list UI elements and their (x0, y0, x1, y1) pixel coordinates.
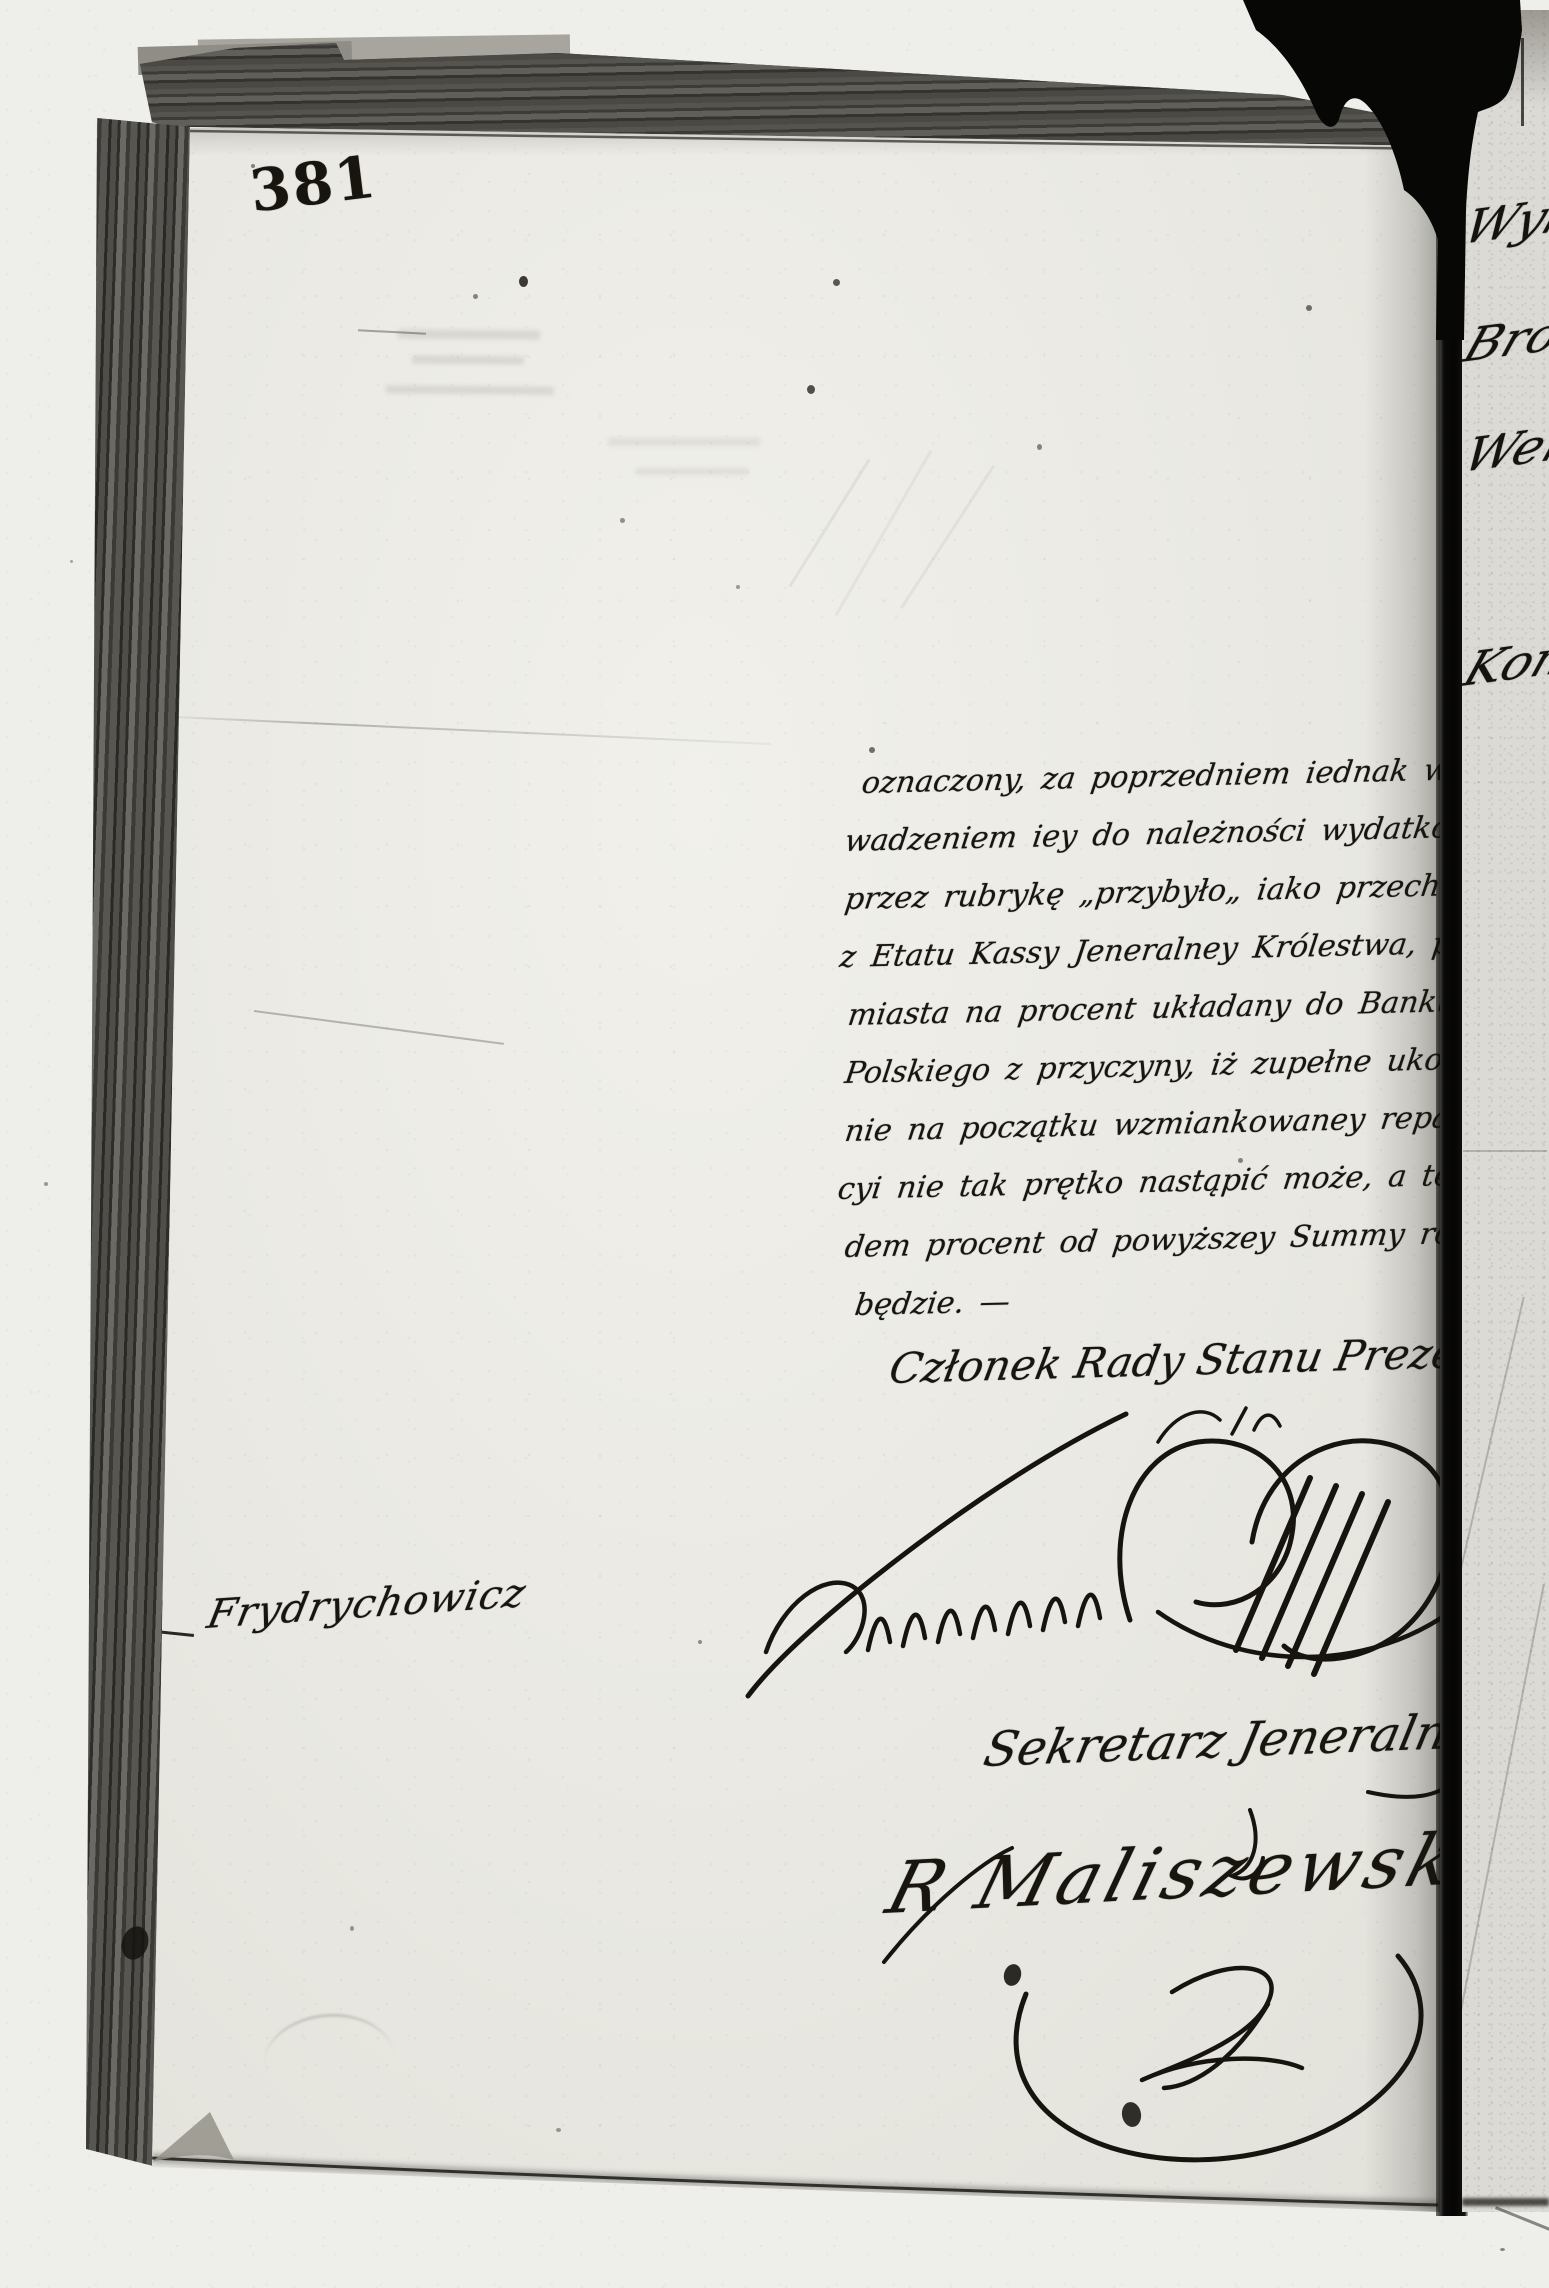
folio-number: 381 (246, 143, 380, 226)
paper-scratch (1462, 1297, 1525, 1668)
bleedthrough-mark (398, 329, 540, 339)
ink-speck (350, 1926, 354, 1931)
adjacent-page-word: Wyk (1462, 186, 1549, 256)
corner-fold (152, 2112, 234, 2162)
bleedthrough-mark (608, 438, 760, 446)
margin-signature: Frydrychowicz (203, 1570, 530, 1638)
page-bottom-edge-line (152, 2158, 1438, 2205)
paper-scratch (1521, 38, 1524, 126)
prezes-signature-scrawl (766, 1583, 865, 1652)
bleedthrough-mark (412, 356, 524, 365)
paper-scratch (1462, 1584, 1545, 2046)
prezes-signature-scrawl (868, 1595, 1100, 1650)
paper-scratch (254, 1010, 504, 1045)
signature-flourishes (0, 0, 1549, 2288)
ink-speck (519, 276, 528, 287)
ink-blot (1120, 2101, 1143, 2129)
bleedthrough-mark (636, 468, 748, 475)
ink-speck (869, 747, 875, 753)
scuff-mark (788, 459, 870, 588)
ink-speck (620, 518, 625, 523)
bleedthrough-arc (260, 2008, 394, 2066)
backdrop-speck (44, 1182, 48, 1186)
prezes-signature-scrawl (748, 1414, 1126, 1696)
ink-blot (1001, 1962, 1023, 1988)
ink-speck (251, 164, 255, 168)
backdrop-speck (1500, 2248, 1505, 2251)
page-bottom-edge-shadow (152, 2158, 1438, 2205)
backdrop-speck (70, 560, 73, 563)
adjacent-page-top-shade (1462, 10, 1549, 140)
adjacent-page-word: Broi (1462, 304, 1549, 374)
signature-oval-flourish (1142, 1968, 1302, 2088)
bleedthrough-mark (386, 385, 554, 394)
ink-speck (556, 2128, 561, 2132)
prezes-signature-scrawl (1158, 1408, 1280, 1442)
adjacent-page-word: Kom (1462, 627, 1549, 698)
ink-speck (833, 279, 840, 286)
paper-scratch (1463, 1150, 1547, 1152)
ink-speck (473, 294, 478, 299)
ink-speck (736, 585, 740, 589)
adjacent-page-bottom-edge (1462, 2198, 1549, 2206)
scuff-mark (900, 465, 995, 609)
ink-speck (1037, 444, 1042, 450)
adjacent-page-word: Wen (1462, 414, 1549, 484)
document-page: 381 oznaczony, za poprzedniem iednak wpr… (0, 0, 1549, 2288)
ink-speck (807, 385, 815, 394)
body-line: będzie. — (853, 1285, 1013, 1323)
signature-oval-flourish (1016, 1956, 1421, 2160)
ink-speck (1306, 305, 1312, 311)
prezes-signature-scrawl (1120, 1441, 1294, 1620)
paper-crease (131, 714, 770, 745)
scuff-mark (835, 450, 933, 616)
scanned-manuscript-page: { "scan": { "page_number": "381", "body_… (0, 0, 1549, 2288)
adjacent-page-strip: Wyk Broi Wen Kom (1462, 10, 1549, 2212)
ink-speck (698, 1640, 702, 1644)
